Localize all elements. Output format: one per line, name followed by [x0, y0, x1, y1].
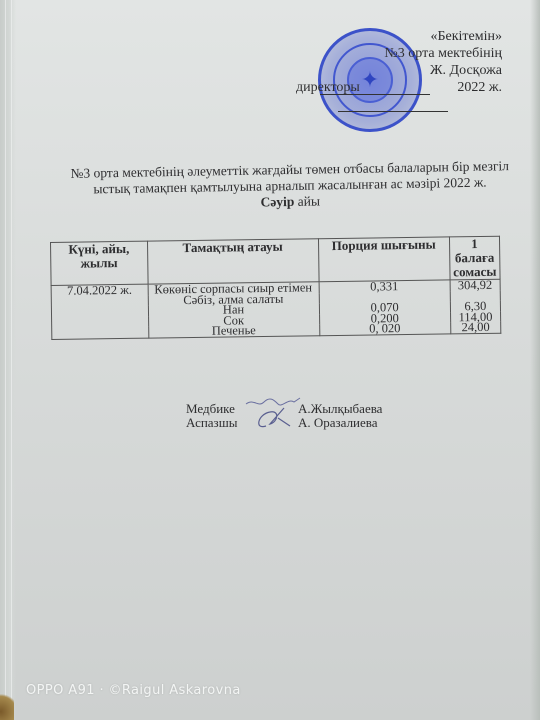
right-shadow	[530, 0, 540, 720]
cell-dish: Печенье	[148, 324, 319, 337]
header-date: Күні, айы, жылы	[51, 241, 148, 285]
signature-role: Медбике	[186, 402, 235, 416]
background-object	[0, 690, 14, 720]
paper-edge	[0, 0, 16, 720]
approved-label: «Бекітемін»	[302, 28, 502, 45]
approval-block: «Бекітемін» №3 орта мектебінің Ж. Досқож…	[302, 28, 502, 96]
month-name: Сәуір	[260, 194, 294, 210]
director-name: Ж. Досқожа	[302, 62, 502, 79]
cell-date	[52, 327, 149, 339]
header-cost: 1 балаға сомасы	[449, 236, 500, 280]
signature-name: А.Жылқыбаева	[298, 402, 382, 416]
cell-portion: 0, 020	[319, 322, 450, 335]
month-suffix: айы	[294, 193, 320, 208]
menu-table: Күні, айы, жылы Тамақтың атауы Порция шы…	[50, 236, 501, 340]
school-line: №3 орта мектебінің	[302, 45, 502, 62]
table-header-row: Күні, айы, жылы Тамақтың атауы Порция шы…	[51, 236, 501, 285]
signature-name: А. Оразалиева	[298, 416, 378, 430]
signature-role: Аспазшы	[186, 416, 237, 430]
signature-line	[320, 94, 430, 95]
header-dish: Тамақтың атауы	[147, 239, 319, 284]
page-edge-line	[5, 0, 6, 720]
header-portion: Порция шығыны	[318, 237, 450, 282]
page-edge-line	[11, 0, 12, 720]
cell-cost: 304,92	[450, 279, 500, 291]
document-title: №3 орта мектебінің әлеуметтік жағдайы тө…	[70, 158, 511, 214]
date-underline	[338, 111, 448, 112]
handwritten-signature-icon	[244, 396, 304, 432]
signature-block: Медбике А.Жылқыбаева Аспазшы А. Оразалие…	[186, 402, 416, 430]
camera-watermark: OPPO A91 · ©Raigul Askarovna	[26, 683, 241, 698]
